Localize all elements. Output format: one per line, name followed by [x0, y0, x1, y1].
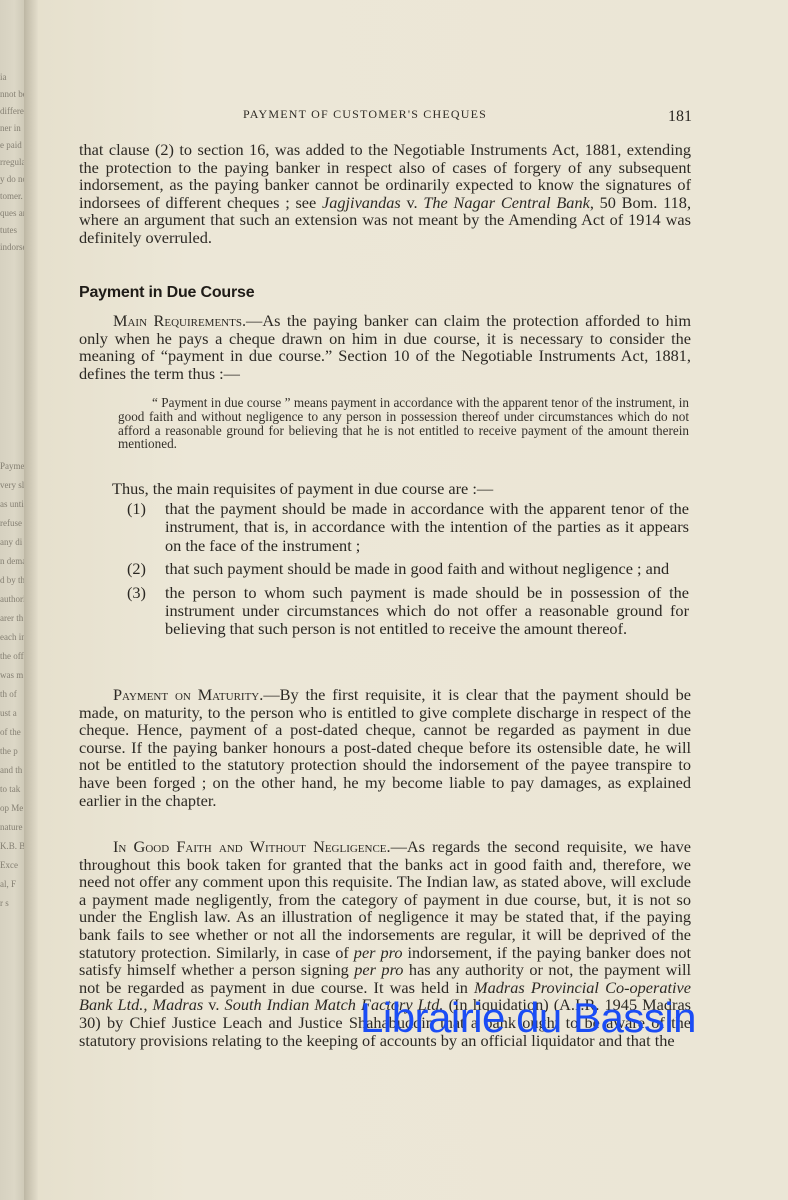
adjacent-page-fragment: the off [0, 649, 24, 664]
adjacent-page-fragment: any di [0, 535, 24, 550]
adjacent-page-fragment: n dema [0, 554, 24, 569]
adjacent-page-fragment: ust a [0, 706, 24, 721]
adjacent-page-fragment: Exce [0, 858, 24, 873]
watermark: Librairie du Bassin [360, 994, 696, 1042]
adjacent-page-fragment: al, F [0, 877, 24, 892]
adjacent-page-fragment: y do no [0, 172, 24, 187]
paragraph-payment-on-maturity: Payment on Maturity.—By the first requis… [79, 686, 691, 809]
paragraph-continuation: that clause (2) to section 16, was added… [79, 141, 691, 247]
case-name: Jagjivandas [322, 193, 401, 212]
adjacent-page-fragment: Payme [0, 459, 24, 474]
adjacent-page-fragment: th of [0, 687, 24, 702]
adjacent-page-fragment: arer th [0, 611, 24, 626]
list-item: (3) the person to whom such payment is m… [127, 584, 689, 639]
run-in-heading: In Good Faith and Without Negligence. [113, 837, 391, 856]
running-head: PAYMENT OF CUSTOMER'S CHEQUES [38, 107, 692, 122]
adjacent-page-fragment: e paid [0, 138, 24, 153]
adjacent-page-fragment: K.B. B [0, 839, 24, 854]
adjacent-page-fragment: ia [0, 70, 24, 85]
run-in-heading: Main Requirements. [113, 311, 246, 330]
page-number: 181 [668, 108, 692, 126]
adjacent-page-fragment: r s [0, 896, 24, 911]
adjacent-page-fragment: op Me [0, 801, 24, 816]
adjacent-page-fragment: ques are [0, 206, 24, 221]
list-item: (2) that such payment should be made in … [127, 560, 689, 578]
requisites-list: (1) that the payment should be made in a… [127, 500, 689, 644]
adjacent-page-fragment: ner in [0, 121, 24, 136]
adjacent-page-fragment: d by th [0, 573, 24, 588]
adjacent-page-fragment: was m [0, 668, 24, 683]
adjacent-page-fragment: tomer. I [0, 189, 24, 204]
section-heading: Payment in Due Course [79, 284, 254, 302]
adjacent-page-fragment: nnot be [0, 87, 24, 102]
book-gutter [24, 0, 38, 1200]
adjacent-page-fragment: and th [0, 763, 24, 778]
adjacent-page-fragment: authori [0, 592, 24, 607]
adjacent-page-fragment: as unti [0, 497, 24, 512]
run-in-heading: Payment on Maturity. [113, 685, 263, 704]
statutory-definition-quote: “ Payment in due course ” means payment … [118, 396, 689, 451]
paragraph-main-requirements: Main Requirements.—As the paying banker … [79, 312, 691, 382]
adjacent-page-fragment: rregula [0, 155, 24, 170]
adjacent-page-fragment: the p [0, 744, 24, 759]
case-name: The Nagar Central Bank [423, 193, 589, 212]
adjacent-page-fragment: to tak [0, 782, 24, 797]
adjacent-page-fragment: differen [0, 104, 24, 119]
adjacent-page-fragment: indorse [0, 240, 24, 255]
adjacent-page-fragment: tutes [0, 223, 24, 238]
adjacent-page-fragment: of the [0, 725, 24, 740]
adjacent-page-fragment: very sl [0, 478, 24, 493]
adjacent-page-fragment: refuse [0, 516, 24, 531]
list-item: (1) that the payment should be made in a… [127, 500, 689, 555]
adjacent-page-fragment: nature [0, 820, 24, 835]
adjacent-page-edge: iannot bedifferenner ine paidrregulay do… [0, 0, 24, 1200]
adjacent-page-fragment: each in [0, 630, 24, 645]
requisites-intro: Thus, the main requisites of payment in … [112, 479, 493, 499]
